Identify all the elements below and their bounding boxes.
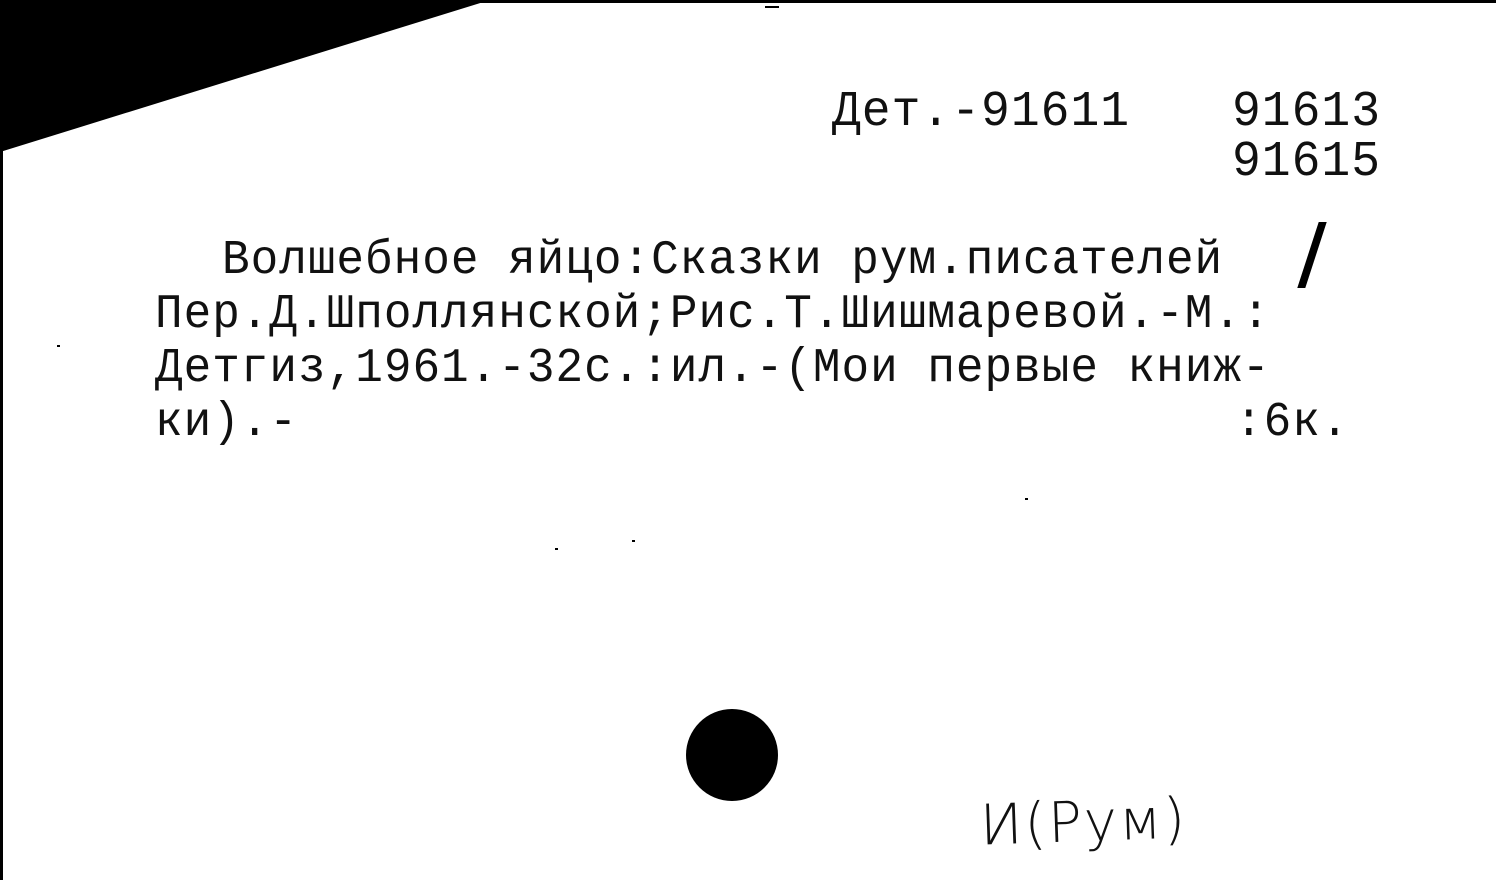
call-number-main: Дет.-91611: [832, 88, 1130, 136]
call-number-alternate: 91613: [1232, 88, 1381, 136]
scan-left-edge: [0, 150, 3, 880]
scan-corner-shadow: [0, 0, 490, 152]
catalog-card: Дет.-91611 91613 91615 Волшебное яйцо:Ск…: [0, 0, 1496, 880]
responsibility-line: Пер.Д.Шполлянской;Рис.Т.Шишмаревой.-М.:: [155, 290, 1271, 338]
scan-speck: [1025, 498, 1028, 500]
handwritten-classification: И(Рум): [979, 786, 1188, 858]
imprint-line: Детгиз,1961.-32с.:ил.-(Мои первые книж-: [155, 344, 1271, 392]
scan-speck: [555, 548, 558, 550]
punch-hole: [686, 709, 778, 801]
scan-speck: [632, 540, 635, 542]
scan-top-edge: [480, 0, 1496, 3]
scan-speck: [765, 6, 779, 8]
scan-speck: [57, 345, 60, 347]
series-line-end: ки).-: [155, 398, 298, 446]
call-number-alternate: 91615: [1232, 138, 1381, 186]
title-line: Волшебное яйцо:Сказки рум.писателей: [222, 236, 1223, 284]
slash-separator: [1297, 222, 1326, 288]
price: :6к.: [1235, 398, 1349, 446]
